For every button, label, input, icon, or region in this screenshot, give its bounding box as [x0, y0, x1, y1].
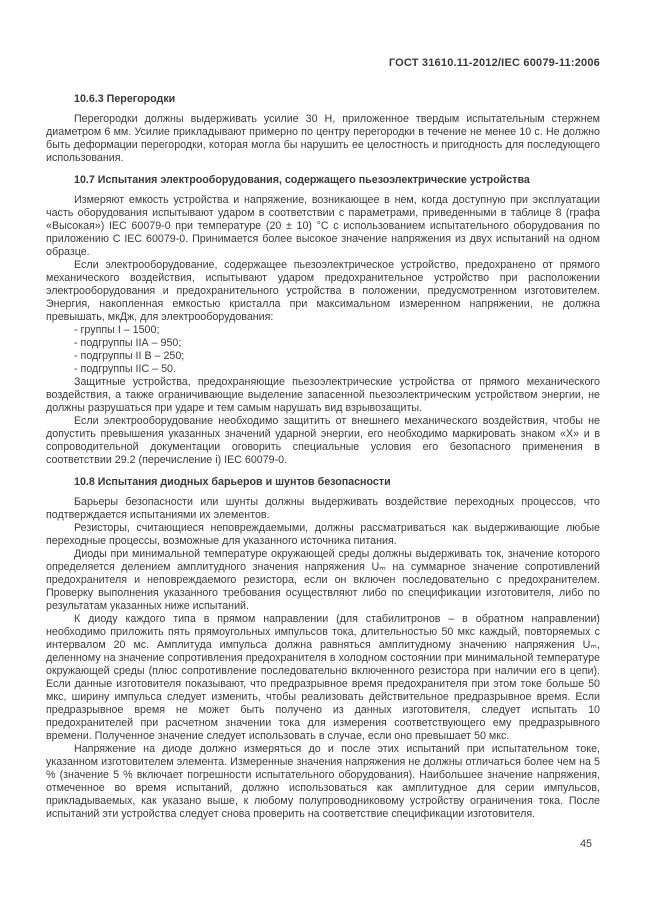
paragraph: Перегородки должны выдерживать усилие 30… — [46, 113, 600, 165]
paragraph: Резисторы, считающиеся неповреждаемыми, … — [46, 522, 600, 548]
section-10-7: 10.7 Испытания электрооборудования, соде… — [46, 174, 600, 467]
section-heading: 10.8 Испытания диодных барьеров и шунтов… — [46, 476, 600, 489]
paragraph: Барьеры безопасности или шунты должны вы… — [46, 496, 600, 522]
list-item: - группы I – 1500; — [46, 324, 600, 337]
paragraph: Если электрооборудование, содержащее пье… — [46, 259, 600, 324]
section-10-6-3: 10.6.3 Перегородки Перегородки должны вы… — [46, 93, 600, 165]
section-heading: 10.6.3 Перегородки — [46, 93, 600, 106]
page-number: 45 — [580, 838, 592, 850]
paragraph: Если электрооборудование необходимо защи… — [46, 415, 600, 467]
paragraph: К диоду каждого типа в прямом направлени… — [46, 613, 600, 743]
paragraph: Защитные устройства, предохраняющие пьез… — [46, 376, 600, 415]
paragraph: Диоды при минимальной температуре окружа… — [46, 548, 600, 613]
list-item: - подгруппы IIС – 50. — [46, 363, 600, 376]
document-body: 10.6.3 Перегородки Перегородки должны вы… — [46, 84, 600, 821]
list-item: - подгруппы II В – 250; — [46, 350, 600, 363]
paragraph: Напряжение на диоде должно измеряться до… — [46, 743, 600, 821]
document-code-header: ГОСТ 31610.11-2012/IEC 60079-11:2006 — [389, 57, 600, 69]
paragraph: Измеряют емкость устройства и напряжение… — [46, 194, 600, 259]
section-10-8: 10.8 Испытания диодных барьеров и шунтов… — [46, 476, 600, 821]
section-heading: 10.7 Испытания электрооборудования, соде… — [46, 174, 600, 187]
document-page: ГОСТ 31610.11-2012/IEC 60079-11:2006 10.… — [0, 0, 646, 913]
list-item: - подгруппы IIА – 950; — [46, 337, 600, 350]
